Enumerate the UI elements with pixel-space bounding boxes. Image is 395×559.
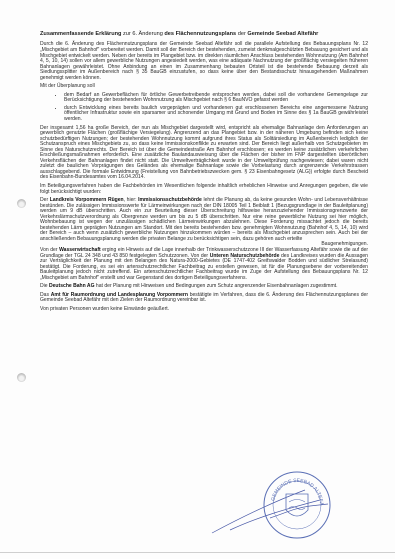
objectives-list: dem Bedarf an Gewerbeflächen für örtlich… — [40, 93, 368, 123]
planning-paragraph: Das Amt für Raumordnung und Landesplanun… — [40, 293, 368, 304]
immission-paragraph: Der Landkreis Vorpommern Rügen, hier: Im… — [40, 198, 368, 242]
water-paragraph: Von der Wasserwirtschaft erging ein Hinw… — [40, 248, 368, 281]
list-intro: Mit der Überplanung soll — [40, 84, 368, 90]
authority-name: Deutsche Bahn AG — [49, 283, 95, 289]
list-item: dem Bedarf an Gewerbeflächen für örtlich… — [64, 93, 368, 104]
document-title: Zusammenfassende Erklärung zur 6. Änderu… — [40, 31, 368, 37]
title-part: des Flächennutzungsplans — [164, 31, 236, 37]
scanned-page: Zusammenfassende Erklärung zur 6. Änderu… — [0, 0, 395, 559]
text: hat der Planung mit Hinweisen und Beding… — [95, 283, 338, 289]
rail-paragraph: Die Deutsche Bahn AG hat der Planung mit… — [40, 284, 368, 290]
text: lehnt die Planung ab, da keine gesunden … — [40, 197, 368, 242]
official-stamp-icon: GEMEINDE SEEBAD ALTEFÄHR — [262, 470, 332, 540]
document-body: Zusammenfassende Erklärung zur 6. Änderu… — [40, 31, 368, 315]
title-part: Gemeinde Seebad Altefähr — [247, 31, 318, 37]
text: Die — [40, 283, 49, 289]
title-part: Zusammenfassende Erklärung — [40, 31, 121, 37]
area-paragraph: Der insgesamt 1,56 ha große Bereich, der… — [40, 126, 368, 181]
punch-hole-icon — [17, 373, 26, 382]
participation-paragraph: Im Beteiligungsverfahren haben die Fachb… — [40, 184, 368, 195]
title-part: zur 6. Änderung — [121, 31, 164, 37]
svg-text:GEMEINDE SEEBAD ALTEFÄHR: GEMEINDE SEEBAD ALTEFÄHR — [262, 470, 325, 506]
intro-paragraph: Durch die 6. Änderung des Flächennutzung… — [40, 42, 368, 81]
private-paragraph: Von privaten Personen wurden keine Einwä… — [40, 307, 368, 313]
punch-hole-icon — [17, 199, 26, 208]
list-item: durch Entwicklung eines bereits baulich … — [64, 106, 368, 123]
title-part: der — [236, 31, 247, 37]
page-edge — [0, 552, 395, 553]
